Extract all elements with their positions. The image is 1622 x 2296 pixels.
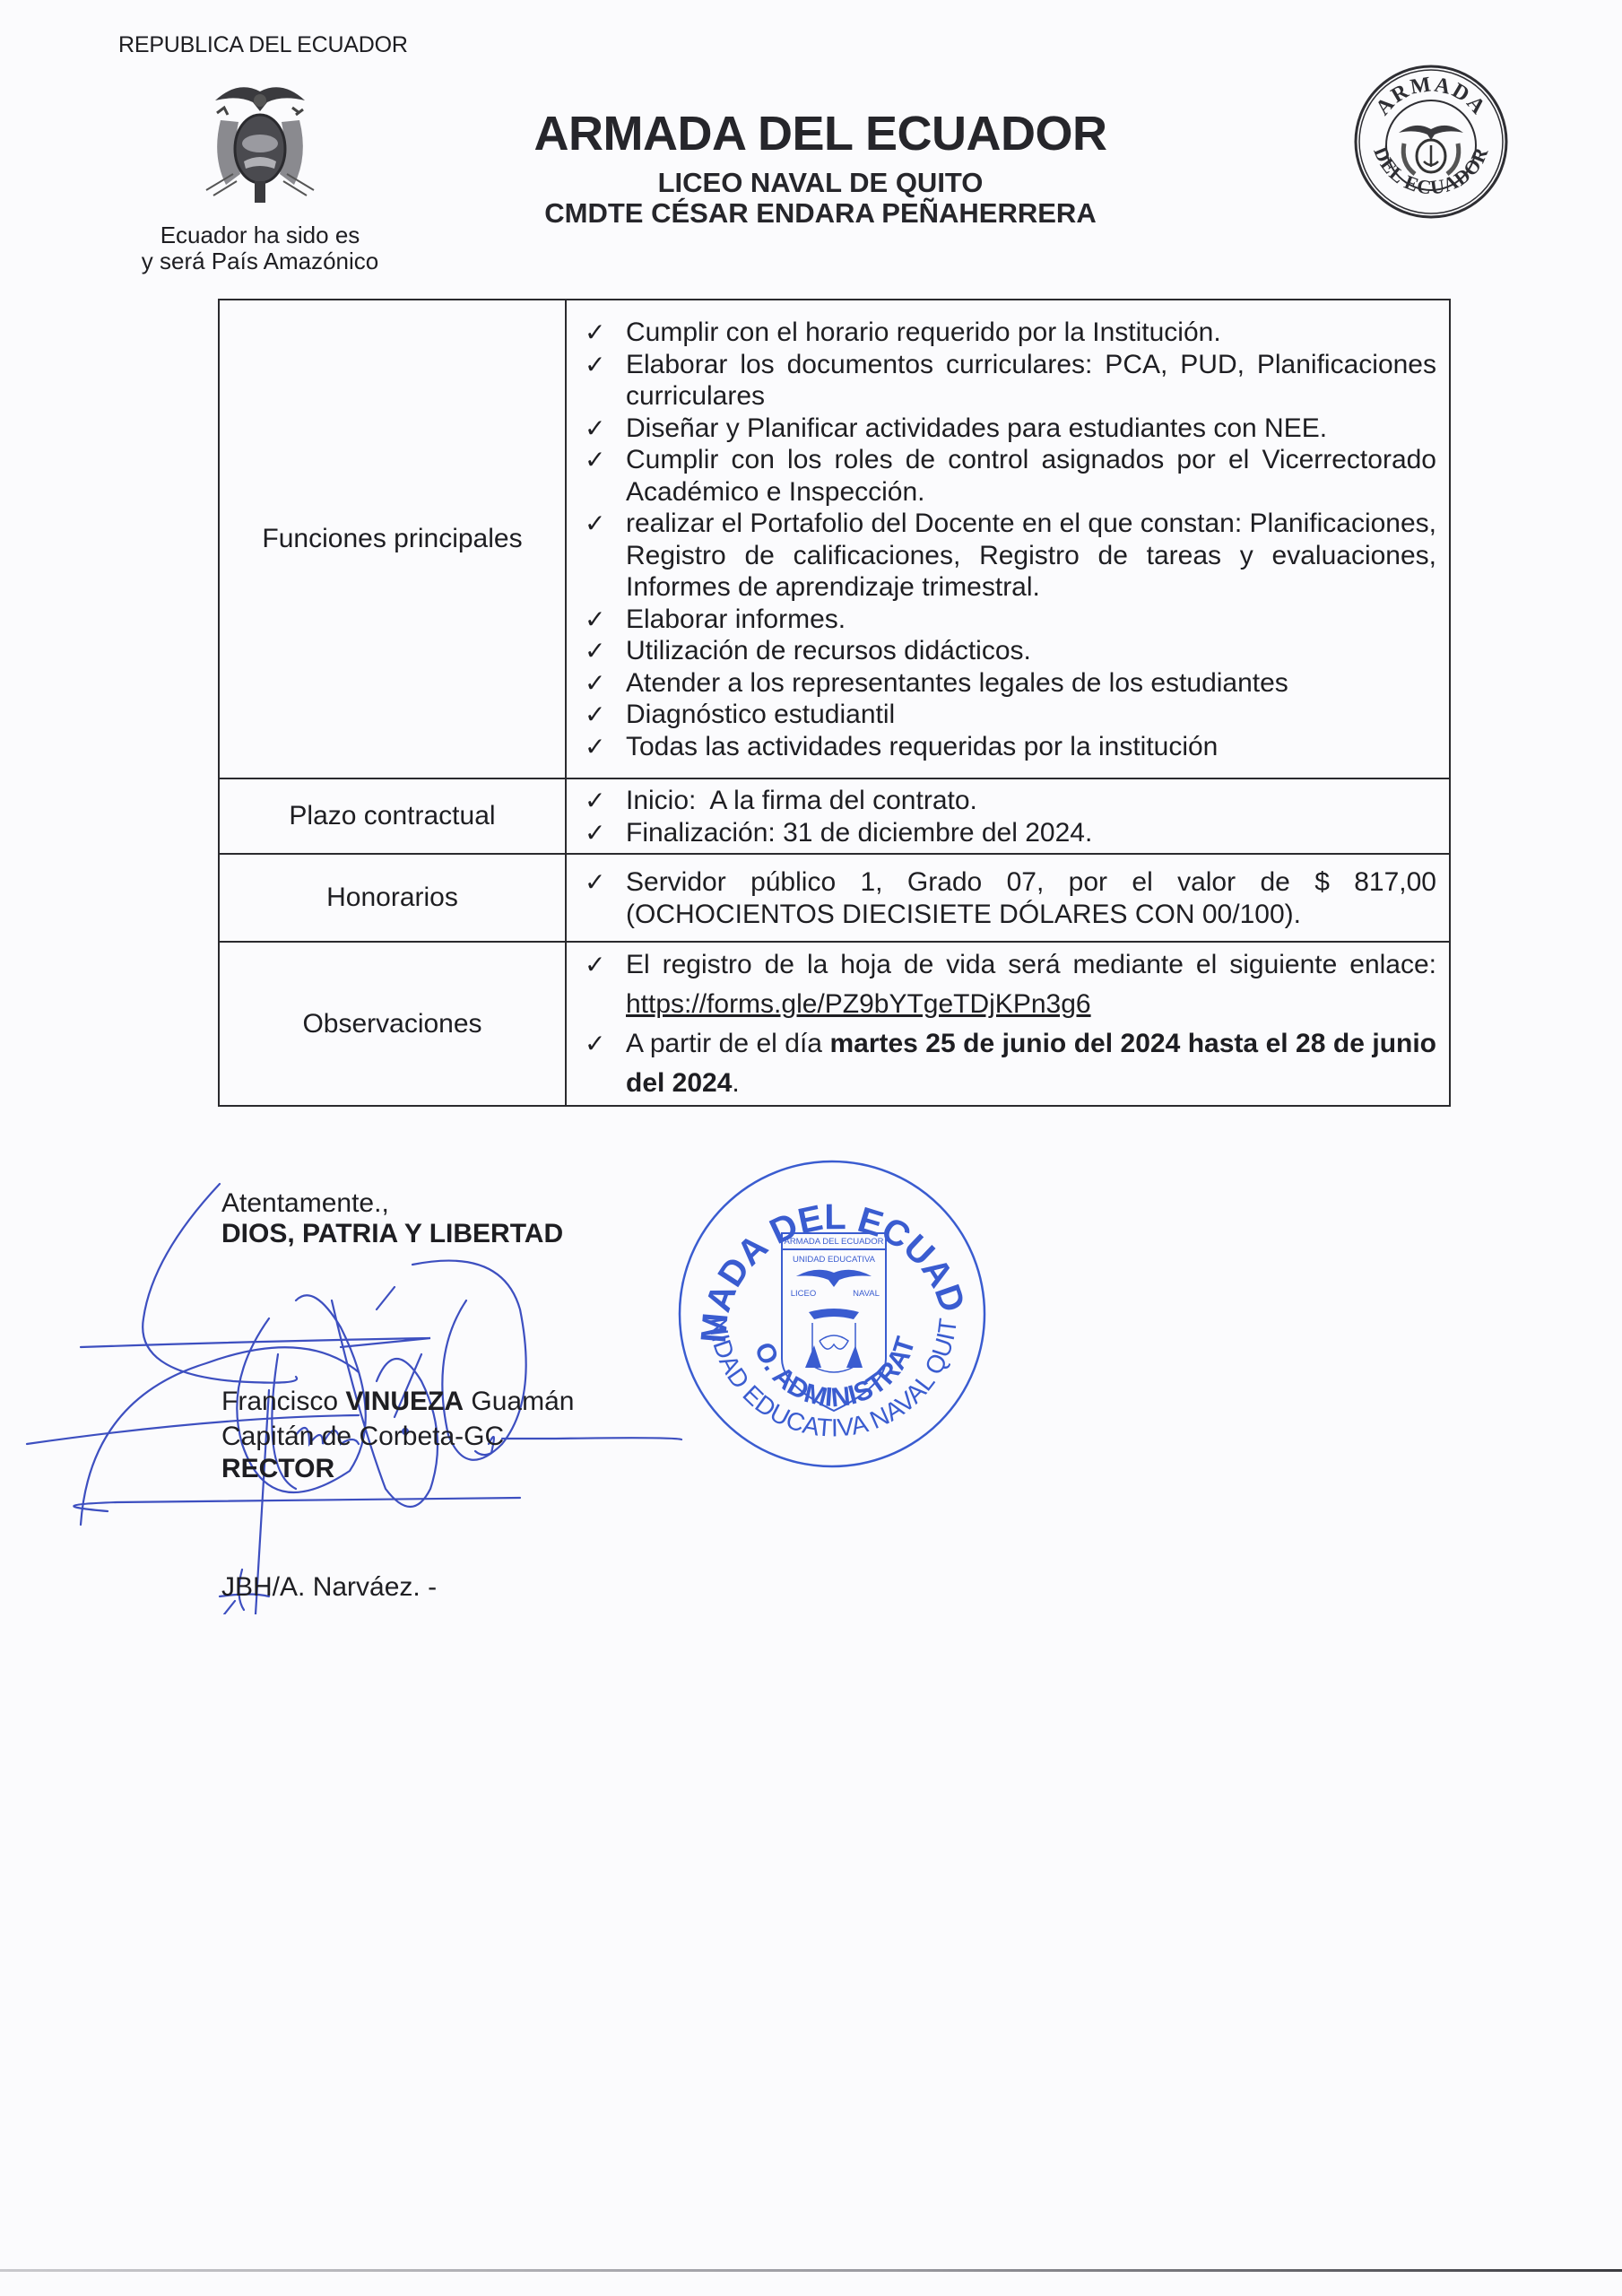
check-icon: ✓ (585, 667, 605, 700)
check-icon: ✓ (585, 731, 605, 763)
list-item: ✓Todas las actividades requeridas por la… (581, 731, 1436, 763)
table-row-funciones: Funciones principales ✓Cumplir con el ho… (219, 300, 1450, 778)
list-item: ✓Atender a los representantes legales de… (581, 667, 1436, 700)
list-item: ✓El registro de la hoja de vida será med… (581, 945, 1436, 1024)
row-label: Honorarios (219, 854, 566, 942)
svg-text:NAVAL: NAVAL (853, 1289, 880, 1299)
table-row-observaciones: Observaciones ✓El registro de la hoja de… (219, 942, 1450, 1106)
check-icon: ✓ (585, 817, 605, 849)
signer-position: RECTOR (221, 1454, 334, 1484)
check-icon: ✓ (585, 604, 605, 636)
check-icon: ✓ (585, 1024, 605, 1064)
reference-initials: JBH/A. Narváez. - (221, 1572, 437, 1603)
row-label: Funciones principales (219, 300, 566, 778)
functions-list: ✓Cumplir con el horario requerido por la… (581, 317, 1436, 762)
row-content: ✓El registro de la hoja de vida será med… (566, 942, 1450, 1106)
check-icon: ✓ (585, 317, 605, 349)
row-label: Observaciones (219, 942, 566, 1106)
list-item: ✓Diagnóstico estudiantil (581, 699, 1436, 731)
list-item: ✓Utilización de recursos didácticos. (581, 635, 1436, 667)
check-icon: ✓ (585, 635, 605, 667)
application-form-link[interactable]: https://forms.gle/PZ9bYTgeTDjKPn3g6 (626, 989, 1091, 1019)
row-content: ✓Cumplir con el horario requerido por la… (566, 300, 1450, 778)
check-icon: ✓ (585, 866, 605, 899)
term-list: ✓Inicio: A la firma del contrato. ✓Final… (581, 785, 1436, 848)
school-name: CMDTE CÉSAR ENDARA PEÑAHERRERA (466, 197, 1175, 230)
row-content: ✓Inicio: A la firma del contrato. ✓Final… (566, 778, 1450, 854)
closing-motto: DIOS, PATRIA Y LIBERTAD (221, 1219, 563, 1249)
table-row-honorarios: Honorarios ✓Servidor público 1, Grado 07… (219, 854, 1450, 942)
list-item: ✓realizar el Portafolio del Docente en e… (581, 508, 1436, 604)
row-label: Plazo contractual (219, 778, 566, 854)
closing-salutation: Atentamente., (221, 1188, 389, 1219)
check-icon: ✓ (585, 413, 605, 445)
check-icon: ✓ (585, 699, 605, 731)
notes-list: ✓El registro de la hoja de vida será med… (581, 945, 1436, 1103)
list-item: ✓A partir de el día martes 25 de junio d… (581, 1024, 1436, 1103)
list-item: ✓Inicio: A la firma del contrato. (581, 785, 1436, 817)
svg-text:ARMADA DEL ECUADOR: ARMADA DEL ECUADOR (784, 1237, 883, 1247)
country-name: REPUBLICA DEL ECUADOR (118, 32, 408, 58)
coat-of-arms-icon (197, 75, 323, 204)
signer-name: Francisco VINUEZA Guamán (221, 1387, 574, 1417)
check-icon: ✓ (585, 349, 605, 381)
row-content: ✓Servidor público 1, Grado 07, por el va… (566, 854, 1450, 942)
check-icon: ✓ (585, 444, 605, 476)
institution-title: ARMADA DEL ECUADOR (466, 106, 1175, 161)
list-item: ✓Diseñar y Planificar actividades para e… (581, 413, 1436, 445)
fees-list: ✓Servidor público 1, Grado 07, por el va… (581, 866, 1436, 930)
list-item: ✓Elaborar informes. (581, 604, 1436, 636)
scan-edge-line (0, 2269, 1622, 2272)
list-item: ✓Servidor público 1, Grado 07, por el va… (581, 866, 1436, 930)
navy-seal-icon: ARMADA DEL ECUADOR (1352, 63, 1510, 221)
svg-text:UNIDAD EDUCATIVA: UNIDAD EDUCATIVA (793, 1255, 876, 1265)
department-stamp-icon: ARMADA DEL ECUADOR DPTO. ADMINISTRATIVO … (671, 1152, 993, 1475)
list-item: ✓Finalización: 31 de diciembre del 2024. (581, 817, 1436, 849)
check-icon: ✓ (585, 945, 605, 985)
svg-text:LICEO: LICEO (791, 1289, 817, 1299)
motto-line-2: y será País Amazónico (126, 248, 395, 274)
list-item: ✓Cumplir con los roles de control asigna… (581, 444, 1436, 508)
check-icon: ✓ (585, 785, 605, 817)
check-icon: ✓ (585, 508, 605, 540)
table-row-plazo: Plazo contractual ✓Inicio: A la firma de… (219, 778, 1450, 854)
school-title: LICEO NAVAL DE QUITO (466, 167, 1175, 199)
job-details-table: Funciones principales ✓Cumplir con el ho… (218, 299, 1451, 1107)
list-item: ✓Elaborar los documentos curriculares: P… (581, 349, 1436, 413)
country-motto: Ecuador ha sido es y será País Amazónico (126, 222, 395, 274)
signer-rank: Capitán de Corbeta-GC (221, 1422, 504, 1452)
list-item: ✓Cumplir con el horario requerido por la… (581, 317, 1436, 349)
motto-line-1: Ecuador ha sido es (126, 222, 395, 248)
